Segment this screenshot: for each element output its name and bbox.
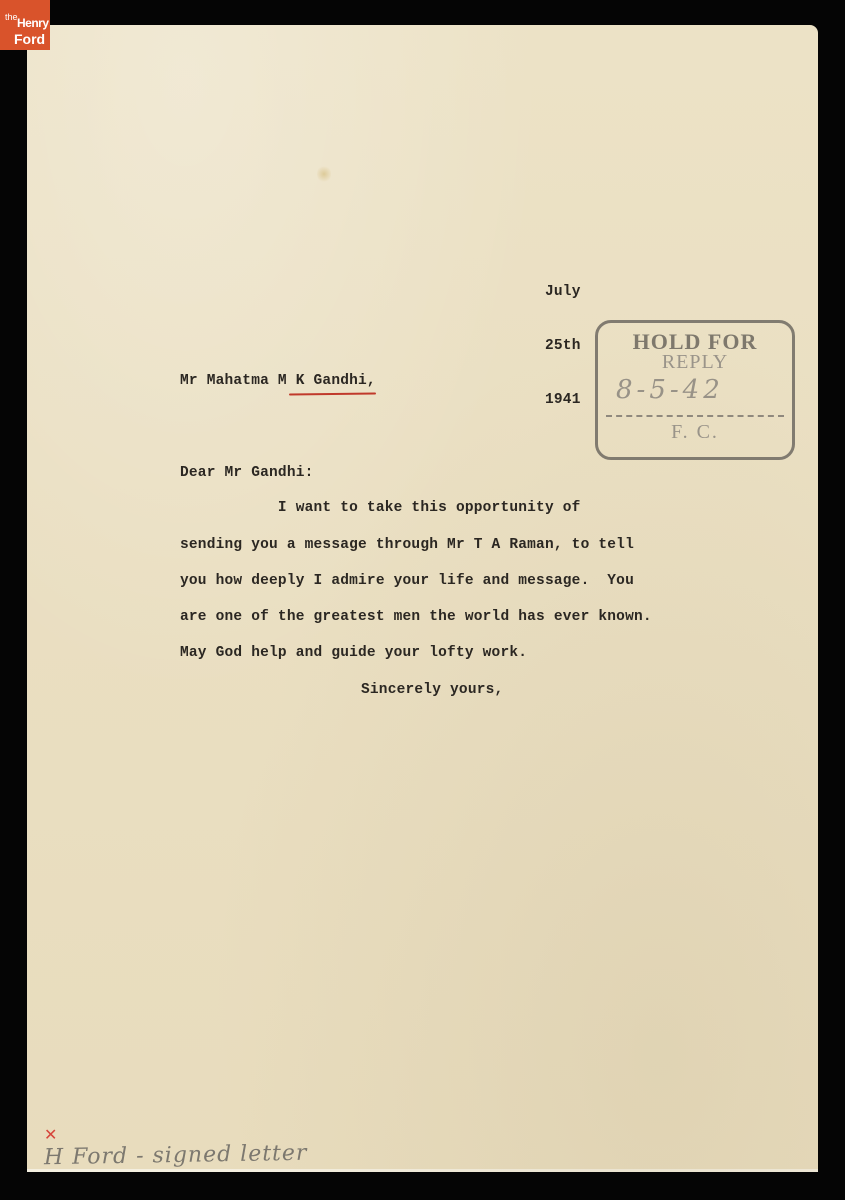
logo-the: the [5,13,18,22]
salutation: Dear Mr Gandhi: [180,465,314,481]
body-line: I want to take this opportunity of [180,500,581,516]
letter-date: July 25th 1941 [545,247,581,445]
body-line: are one of the greatest men the world ha… [180,609,652,625]
stamp-divider [606,415,784,417]
body-line: sending you a message through Mr T A Ram… [180,537,634,553]
stamp-line-2: REPLY [598,351,792,374]
paper-stain [317,165,331,183]
letter-paper: July 25th 1941 HOLD FOR REPLY 8-5-42 F. … [27,25,818,1172]
addressee: Mr Mahatma M K Gandhi, [180,373,376,389]
henry-ford-logo: the Henry Ford [0,0,50,50]
stamp-handwritten-date: 8-5-42 [616,375,782,405]
red-underline [289,393,376,396]
red-x-mark: ✕ [44,1125,57,1144]
logo-ford: Ford [14,32,45,46]
hold-for-reply-stamp: HOLD FOR REPLY 8-5-42 F. C. [595,320,795,460]
closing: Sincerely yours, [361,682,503,698]
date-year: 1941 [545,391,581,409]
date-day: 25th [545,337,581,355]
body-line: you how deeply I admire your life and me… [180,573,634,589]
body-line: May God help and guide your lofty work. [180,645,527,661]
date-month: July [545,283,581,301]
logo-henry: Henry [17,17,49,29]
pencil-note: H Ford - signed letter [44,1141,308,1171]
stamp-initials: F. C. [598,421,792,444]
